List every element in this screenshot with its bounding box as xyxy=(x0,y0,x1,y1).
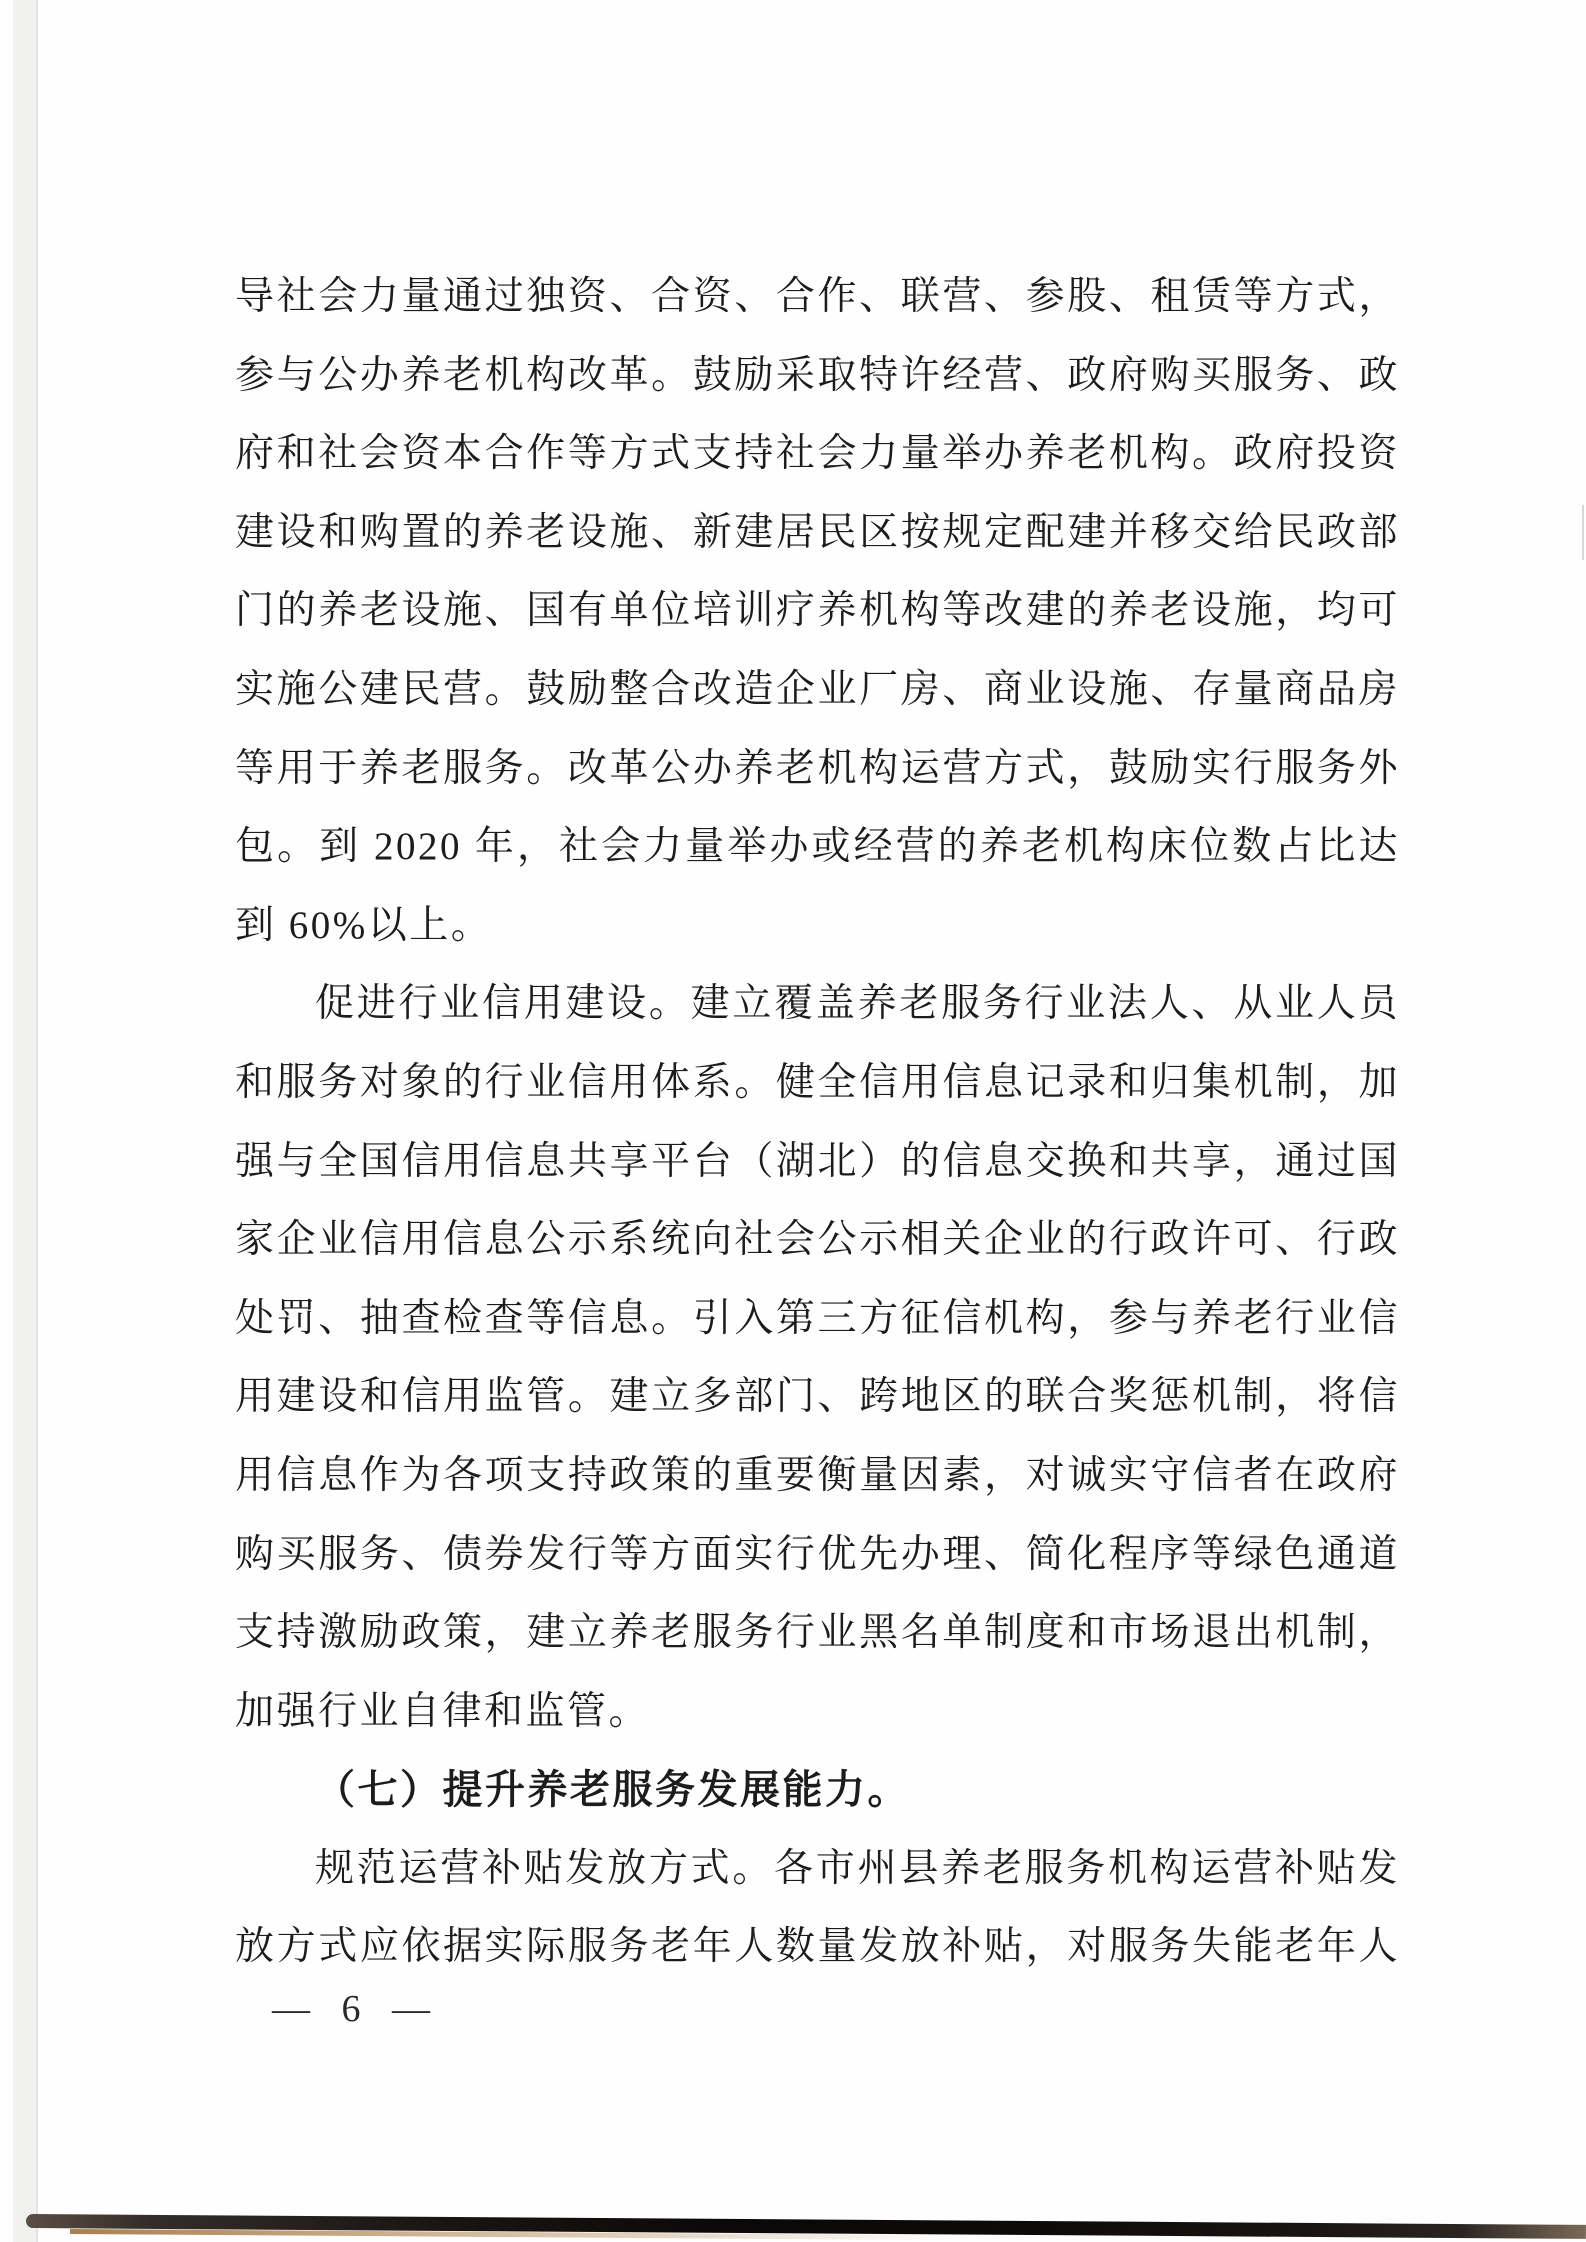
text-line-7: 等用于养老服务。改革公办养老机构运营方式，鼓励实行服务外 xyxy=(235,730,1400,809)
text-line-12: 强与全国信用信息共享平台（湖北）的信息交换和共享，通过国 xyxy=(235,1123,1400,1202)
text-line-13: 家企业信用信息公示系统向社会公示相关企业的行政许可、行政 xyxy=(235,1201,1400,1280)
scanned-document-page: 导社会力量通过独资、合资、合作、联营、参股、租赁等方式，参与公办养老机构改革。鼓… xyxy=(0,0,1586,2242)
text-line-1: 导社会力量通过独资、合资、合作、联营、参股、租赁等方式， xyxy=(235,258,1400,337)
text-line-8: 包。到 2020 年，社会力量举办或经营的养老机构床位数占比达 xyxy=(235,808,1400,887)
text-line-16: 用信息作为各项支持政策的重要衡量因素，对诚实守信者在政府 xyxy=(235,1437,1400,1516)
text-line-9: 到 60%以上。 xyxy=(235,887,1400,966)
text-line-19: 加强行业自律和监管。 xyxy=(235,1673,1400,1752)
right-edge-scan-artifact xyxy=(1582,505,1584,560)
page-number: — 6 — xyxy=(272,1986,436,2032)
text-line-14: 处罚、抽查检查等信息。引入第三方征信机构，参与养老行业信 xyxy=(235,1280,1400,1359)
text-line-11: 和服务对象的行业信用体系。健全信用信息记录和归集机制，加 xyxy=(235,1044,1400,1123)
text-line-21: 规范运营补贴发放方式。各市州县养老服务机构运营补贴发 xyxy=(235,1830,1400,1909)
text-line-17: 购买服务、债券发行等方面实行优先办理、简化程序等绿色通道 xyxy=(235,1516,1400,1595)
text-line-3: 府和社会资本合作等方式支持社会力量举办养老机构。政府投资 xyxy=(235,415,1400,494)
text-line-20: （七）提升养老服务发展能力。 xyxy=(235,1751,1400,1830)
text-line-5: 门的养老设施、国有单位培训疗养机构等改建的养老设施，均可 xyxy=(235,572,1400,651)
text-line-10: 促进行业信用建设。建立覆盖养老服务行业法人、从业人员 xyxy=(235,965,1400,1044)
left-paper-edge-artifact xyxy=(13,0,38,2242)
text-line-22: 放方式应依据实际服务老年人数量发放补贴，对服务失能老年人 xyxy=(235,1908,1400,1987)
text-line-18: 支持激励政策，建立养老服务行业黑名单制度和市场退出机制， xyxy=(235,1594,1400,1673)
text-block: 导社会力量通过独资、合资、合作、联营、参股、租赁等方式，参与公办养老机构改革。鼓… xyxy=(235,258,1400,1987)
text-line-15: 用建设和信用监管。建立多部门、跨地区的联合奖惩机制，将信 xyxy=(235,1358,1400,1437)
text-line-6: 实施公建民营。鼓励整合改造企业厂房、商业设施、存量商品房 xyxy=(235,651,1400,730)
text-line-4: 建设和购置的养老设施、新建居民区按规定配建并移交给民政部 xyxy=(235,494,1400,573)
text-line-2: 参与公办养老机构改革。鼓励采取特许经营、政府购买服务、政 xyxy=(235,337,1400,416)
